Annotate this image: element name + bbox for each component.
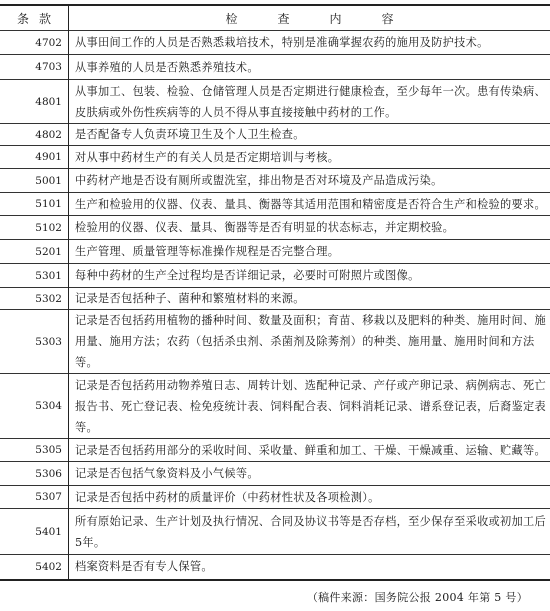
table-row: 4901对从事中药材生产的有关人员是否定期培训与考核。 xyxy=(0,146,550,169)
header-char: 内 xyxy=(330,10,342,27)
table-row: 5307记录是否包括中药材的质量评价（中药材性状及各项检测）。 xyxy=(0,486,550,509)
table-header-row: 条款 检查内容 xyxy=(0,5,550,31)
table-row: 5302记录是否包括种子、菌种和繁殖材料的来源。 xyxy=(0,288,550,310)
table-row: 4702从事田间工作的人员是否熟悉栽培技术，特别是准确掌握农药的施用及防护技术。 xyxy=(0,31,550,55)
inspection-content: 档案资料是否有专人保管。 xyxy=(69,555,550,580)
inspection-content: 对从事中药材生产的有关人员是否定期培训与考核。 xyxy=(69,146,550,169)
table-row: 5305记录是否包括药用部分的采收时间、采收量、鲜重和加工、干燥、干燥减重、运输… xyxy=(0,439,550,462)
header-char: 容 xyxy=(382,10,394,27)
table-row: 5201生产管理、质量管理等标准操作规程是否完整合理。 xyxy=(0,240,550,264)
table-row: 5306记录是否包括气象资料及小气候等。 xyxy=(0,462,550,486)
header-inspection-content: 检查内容 xyxy=(69,5,550,31)
header-char: 查 xyxy=(277,10,289,27)
inspection-table: 条款 检查内容 4702从事田间工作的人员是否熟悉栽培技术，特别是准确掌握农药的… xyxy=(0,4,550,581)
clause-number: 5302 xyxy=(0,288,69,310)
clause-number: 4702 xyxy=(0,31,69,55)
table-row: 5001中药材产地是否设有厕所或盥洗室，排出物是否对环境及产品造成污染。 xyxy=(0,169,550,193)
inspection-content: 记录是否包括药用动物养殖日志、周转计划、选配种记录、产仔或产卵记录、病例病志、死… xyxy=(69,374,550,439)
table-row: 5301每种中药材的生产全过程均是否详细记录，必要时可附照片或图像。 xyxy=(0,264,550,288)
clause-number: 5201 xyxy=(0,240,69,264)
clause-number: 4801 xyxy=(0,80,69,124)
table-row: 4802是否配备专人负责环境卫生及个人卫生检查。 xyxy=(0,124,550,146)
source-note: （稿件来源：国务院公报 2004 年第 5 号） xyxy=(307,589,528,605)
header-char: 条 xyxy=(17,10,29,27)
clause-number: 5306 xyxy=(0,462,69,486)
clause-number: 5401 xyxy=(0,509,69,555)
inspection-content: 从事田间工作的人员是否熟悉栽培技术，特别是准确掌握农药的施用及防护技术。 xyxy=(69,31,550,55)
inspection-content: 是否配备专人负责环境卫生及个人卫生检查。 xyxy=(69,124,550,146)
clause-number: 4901 xyxy=(0,146,69,169)
clause-number: 5402 xyxy=(0,555,69,580)
inspection-content: 从事养殖的人员是否熟悉养殖技术。 xyxy=(69,55,550,80)
table-row: 5304记录是否包括药用动物养殖日志、周转计划、选配种记录、产仔或产卵记录、病例… xyxy=(0,374,550,439)
table-body: 4702从事田间工作的人员是否熟悉栽培技术，特别是准确掌握农药的施用及防护技术。… xyxy=(0,31,550,580)
clause-number: 5102 xyxy=(0,216,69,240)
table-row: 4703从事养殖的人员是否熟悉养殖技术。 xyxy=(0,55,550,80)
clause-number: 4802 xyxy=(0,124,69,146)
inspection-content: 记录是否包括种子、菌种和繁殖材料的来源。 xyxy=(69,288,550,310)
header-clause: 条款 xyxy=(0,5,69,31)
inspection-content: 从事加工、包装、检验、仓储管理人员是否定期进行健康检查，至少每年一次。患有传染病… xyxy=(69,80,550,124)
inspection-content: 每种中药材的生产全过程均是否详细记录，必要时可附照片或图像。 xyxy=(69,264,550,288)
inspection-content: 中药材产地是否设有厕所或盥洗室，排出物是否对环境及产品造成污染。 xyxy=(69,169,550,193)
clause-number: 5101 xyxy=(0,193,69,216)
table-row: 5401所有原始记录、生产计划及执行情况、合同及协议书等是否存档，至少保存至采收… xyxy=(0,509,550,555)
inspection-content: 记录是否包括药用部分的采收时间、采收量、鲜重和加工、干燥、干燥减重、运输、贮藏等… xyxy=(69,439,550,462)
inspection-content: 生产和检验用的仪器、仪表、量具、衡器等其适用范围和精密度是否符合生产和检验的要求… xyxy=(69,193,550,216)
inspection-content: 记录是否包括药用植物的播种时间、数量及面积；育苗、移栽以及肥料的种类、施用时间、… xyxy=(69,310,550,374)
table-row: 5101生产和检验用的仪器、仪表、量具、衡器等其适用范围和精密度是否符合生产和检… xyxy=(0,193,550,216)
table-row: 4801从事加工、包装、检验、仓储管理人员是否定期进行健康检查，至少每年一次。患… xyxy=(0,80,550,124)
clause-number: 5301 xyxy=(0,264,69,288)
clause-number: 5307 xyxy=(0,486,69,509)
clause-number: 5303 xyxy=(0,310,69,374)
clause-number: 5304 xyxy=(0,374,69,439)
clause-number: 5001 xyxy=(0,169,69,193)
inspection-content: 检验用的仪器、仪表、量具、衡器等是否有明显的状态标志，并定期校验。 xyxy=(69,216,550,240)
clause-number: 5305 xyxy=(0,439,69,462)
inspection-content: 生产管理、质量管理等标准操作规程是否完整合理。 xyxy=(69,240,550,264)
table-row: 5402档案资料是否有专人保管。 xyxy=(0,555,550,580)
inspection-content: 记录是否包括气象资料及小气候等。 xyxy=(69,462,550,486)
table-row: 5303记录是否包括药用植物的播种时间、数量及面积；育苗、移栽以及肥料的种类、施… xyxy=(0,310,550,374)
clause-number: 4703 xyxy=(0,55,69,80)
inspection-content: 所有原始记录、生产计划及执行情况、合同及协议书等是否存档，至少保存至采收或初加工… xyxy=(69,509,550,555)
header-char: 检 xyxy=(225,10,237,27)
header-char: 款 xyxy=(39,10,51,27)
inspection-content: 记录是否包括中药材的质量评价（中药材性状及各项检测）。 xyxy=(69,486,550,509)
table-row: 5102检验用的仪器、仪表、量具、衡器等是否有明显的状态标志，并定期校验。 xyxy=(0,216,550,240)
